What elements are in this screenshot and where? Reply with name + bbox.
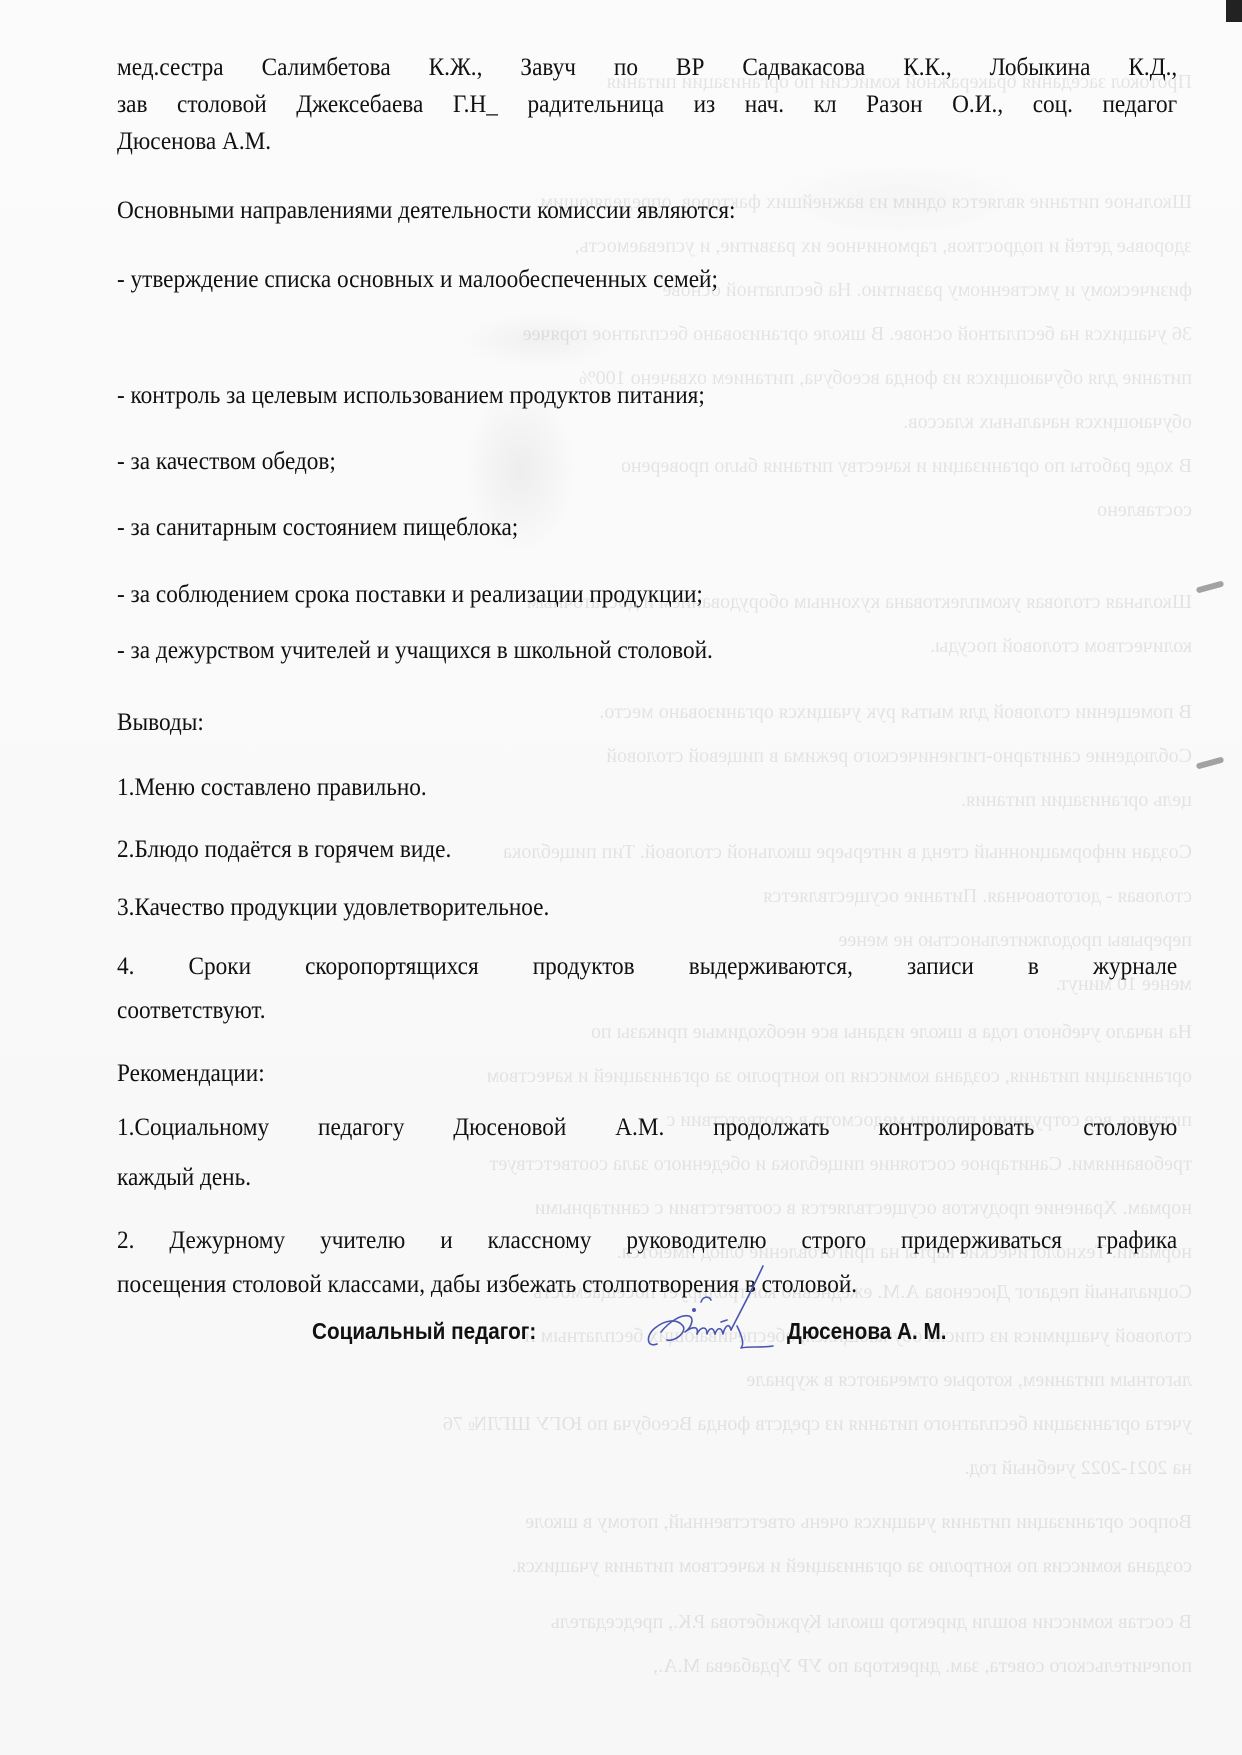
conclusion-item: 4. Сроки скоропортящихся продуктов выдер… [117,949,1177,985]
direction-item: - за качеством обедов; [117,444,336,480]
recommendation-item-continued: каждый день. [117,1160,251,1196]
direction-item: - контроль за целевым использованием про… [117,378,705,414]
scan-smudge [1196,756,1225,769]
conclusion-item-continued: соответствуют. [117,993,266,1029]
recommendation-item: 2. Дежурному учителю и классному руковод… [117,1223,1177,1259]
conclusion-item: 2.Блюдо подаётся в горячем виде. [117,832,451,868]
participants-line-1: мед.сестра Салимбетова К.Ж., Завуч по ВР… [117,50,1177,86]
direction-item: - за соблюдением срока поставки и реализ… [117,577,703,613]
handwritten-signature-icon [637,1256,777,1356]
participants-line-3: Дюсенова А.М. [117,124,271,160]
direction-item: - утверждение списка основных и малообес… [117,262,718,298]
signature-block: Социальный педагог: Дюсенова А. М. [312,1318,561,1345]
directions-heading: Основными направлениями деятельности ком… [117,193,736,229]
conclusion-item: 1.Меню составлено правильно. [117,770,427,806]
direction-item: - за санитарным состоянием пищеблока; [117,510,518,546]
recommendation-item: 1.Социальному педагогу Дюсеновой А.М. пр… [117,1110,1177,1146]
recommendations-heading: Рекомендации: [117,1056,265,1092]
participants-line-2: зав столовой Джексебаева Г.Н_ радительни… [117,87,1177,123]
scan-edge-mark [1226,0,1242,22]
scanned-page: Протокол заседания бракеражной комиссии … [0,0,1242,1755]
direction-item: - за дежурством учителей и учащихся в шк… [117,633,713,669]
signature-title: Социальный педагог: [312,1318,536,1345]
conclusions-heading: Выводы: [117,705,204,741]
scan-smudge [1196,580,1225,593]
signature-name: Дюсенова А. М. [787,1318,946,1345]
conclusion-item: 3.Качество продукции удовлетворительное. [117,890,549,926]
